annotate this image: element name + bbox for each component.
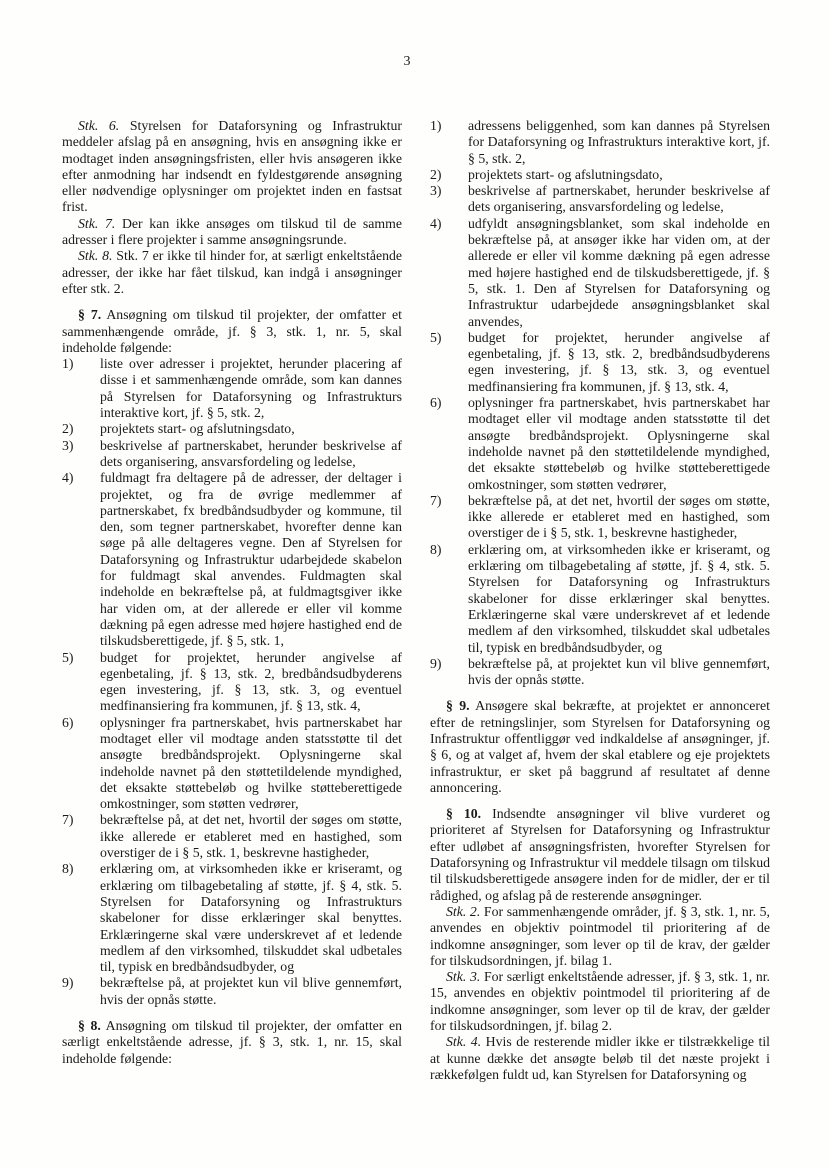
list-text: udfyldt ansøgningsblanket, som skal inde… [468,216,770,330]
list-text: oplysninger fra partnerskabet, hvis part… [100,715,402,813]
list-number: 6) [62,715,100,813]
list-number: 5) [62,650,100,715]
paragraph-section-7: § 7. Ansøgning om tilskud til projekter,… [62,307,402,356]
list-number: 2) [62,421,100,437]
stk-6-label: Stk. 6. [78,118,119,133]
list-item: 4)udfyldt ansøgningsblanket, som skal in… [430,216,770,330]
list-number: 1) [62,356,100,421]
paragraph-stk-8: Stk. 8. Stk. 7 er ikke til hinder for, a… [62,248,402,297]
paragraph-stk-6: Stk. 6. Styrelsen for Dataforsyning og I… [62,118,402,216]
section-8-list: 1)adressens beliggenhed, som kan dannes … [430,118,770,688]
list-number: 3) [62,438,100,471]
list-item: 8)erklæring om, at virksomheden ikke er … [62,861,402,975]
section-10-text: Indsendte ansøgninger vil blive vurderet… [430,806,770,902]
list-text: fuldmagt fra deltagere på de adresser, d… [100,470,402,649]
section-7-text: Ansøgning om tilskud til projekter, der … [62,307,402,355]
list-item: 5)budget for projektet, herunder angivel… [430,330,770,395]
right-column: 1)adressens beliggenhed, som kan dannes … [430,118,770,1083]
list-item: 8)erklæring om, at virksomheden ikke er … [430,542,770,656]
section-9-text: Ansøgere skal bekræfte, at projektet er … [430,698,770,794]
list-text: bekræftelse på, at det net, hvortil der … [468,493,770,542]
list-text: liste over adresser i projektet, herunde… [100,356,402,421]
stk-7-label: Stk. 7. [78,216,115,231]
list-item: 7)bekræftelse på, at det net, hvortil de… [430,493,770,542]
list-number: 7) [62,812,100,861]
list-number: 1) [430,118,468,167]
paragraph-section-10: § 10. Indsendte ansøgninger vil blive vu… [430,806,770,904]
document-page: 3 Stk. 6. Styrelsen for Dataforsyning og… [0,0,828,1169]
list-item: 1)adressens beliggenhed, som kan dannes … [430,118,770,167]
list-text: bekræftelse på, at projektet kun vil bli… [468,656,770,689]
paragraph-stk-4: Stk. 4. Hvis de resterende midler ikke e… [430,1034,770,1083]
list-number: 4) [430,216,468,330]
list-number: 6) [430,395,468,493]
list-number: 8) [430,542,468,656]
paragraph-section-9: § 9. Ansøgere skal bekræfte, at projekte… [430,698,770,796]
list-text: adressens beliggenhed, som kan dannes på… [468,118,770,167]
stk-4-text: Hvis de resterende midler ikke er tilstr… [430,1034,770,1082]
paragraph-stk-2: Stk. 2. For sammenhængende områder, jf. … [430,904,770,969]
list-item: 9)bekræftelse på, at projektet kun vil b… [430,656,770,689]
list-text: oplysninger fra partnerskabet, hvis part… [468,395,770,493]
list-number: 4) [62,470,100,649]
list-text: beskrivelse af partnerskabet, herunder b… [468,183,770,216]
list-number: 2) [430,167,468,183]
stk-8-text: Stk. 7 er ikke til hinder for, at særlig… [62,248,402,296]
list-item: 3)beskrivelse af partnerskabet, herunder… [62,438,402,471]
list-text: bekræftelse på, at det net, hvortil der … [100,812,402,861]
list-item: 6)oplysninger fra partnerskabet, hvis pa… [62,715,402,813]
list-number: 3) [430,183,468,216]
list-text: erklæring om, at virksomheden ikke er kr… [100,861,402,975]
list-item: 6)oplysninger fra partnerskabet, hvis pa… [430,395,770,493]
list-text: projektets start- og afslutningsdato, [100,421,402,437]
paragraph-section-8: § 8. Ansøgning om tilskud til projekter,… [62,1018,402,1067]
list-text: beskrivelse af partnerskabet, herunder b… [100,438,402,471]
section-7-list: 1)liste over adresser i projektet, herun… [62,356,402,1008]
list-item: 2)projektets start- og afslutningsdato, [62,421,402,437]
list-text: erklæring om, at virksomheden ikke er kr… [468,542,770,656]
list-text: budget for projektet, herunder angivelse… [468,330,770,395]
page-number: 3 [0,54,814,70]
list-item: 9)bekræftelse på, at projektet kun vil b… [62,975,402,1008]
list-number: 9) [62,975,100,1008]
section-7-label: § 7. [78,307,101,322]
list-number: 7) [430,493,468,542]
section-9-label: § 9. [446,698,470,713]
list-item: 2)projektets start- og afslutningsdato, [430,167,770,183]
list-item: 7)bekræftelse på, at det net, hvortil de… [62,812,402,861]
paragraph-stk-7: Stk. 7. Der kan ikke ansøges om tilskud … [62,216,402,249]
list-number: 9) [430,656,468,689]
stk-2-label: Stk. 2. [446,904,480,919]
list-item: 5)budget for projektet, herunder angivel… [62,650,402,715]
list-item: 3)beskrivelse af partnerskabet, herunder… [430,183,770,216]
left-column: Stk. 6. Styrelsen for Dataforsyning og I… [62,118,402,1083]
stk-3-text: For særligt enkeltstående adresser, jf. … [430,969,770,1033]
list-text: bekræftelse på, at projektet kun vil bli… [100,975,402,1008]
stk-4-label: Stk. 4. [446,1034,481,1049]
list-item: 4)fuldmagt fra deltagere på de adresser,… [62,470,402,649]
list-text: budget for projektet, herunder angivelse… [100,650,402,715]
list-item: 1)liste over adresser i projektet, herun… [62,356,402,421]
list-text: projektets start- og afslutningsdato, [468,167,770,183]
stk-3-label: Stk. 3. [446,969,480,984]
stk-8-label: Stk. 8. [78,248,112,263]
section-10-label: § 10. [446,806,481,821]
section-8-label: § 8. [78,1018,101,1033]
stk-2-text: For sammenhængende områder, jf. § 3, stk… [430,904,770,968]
list-number: 8) [62,861,100,975]
paragraph-stk-3: Stk. 3. For særligt enkeltstående adress… [430,969,770,1034]
list-number: 5) [430,330,468,395]
two-column-layout: Stk. 6. Styrelsen for Dataforsyning og I… [62,118,770,1083]
section-8-text: Ansøgning om tilskud til projekter, der … [62,1018,402,1066]
